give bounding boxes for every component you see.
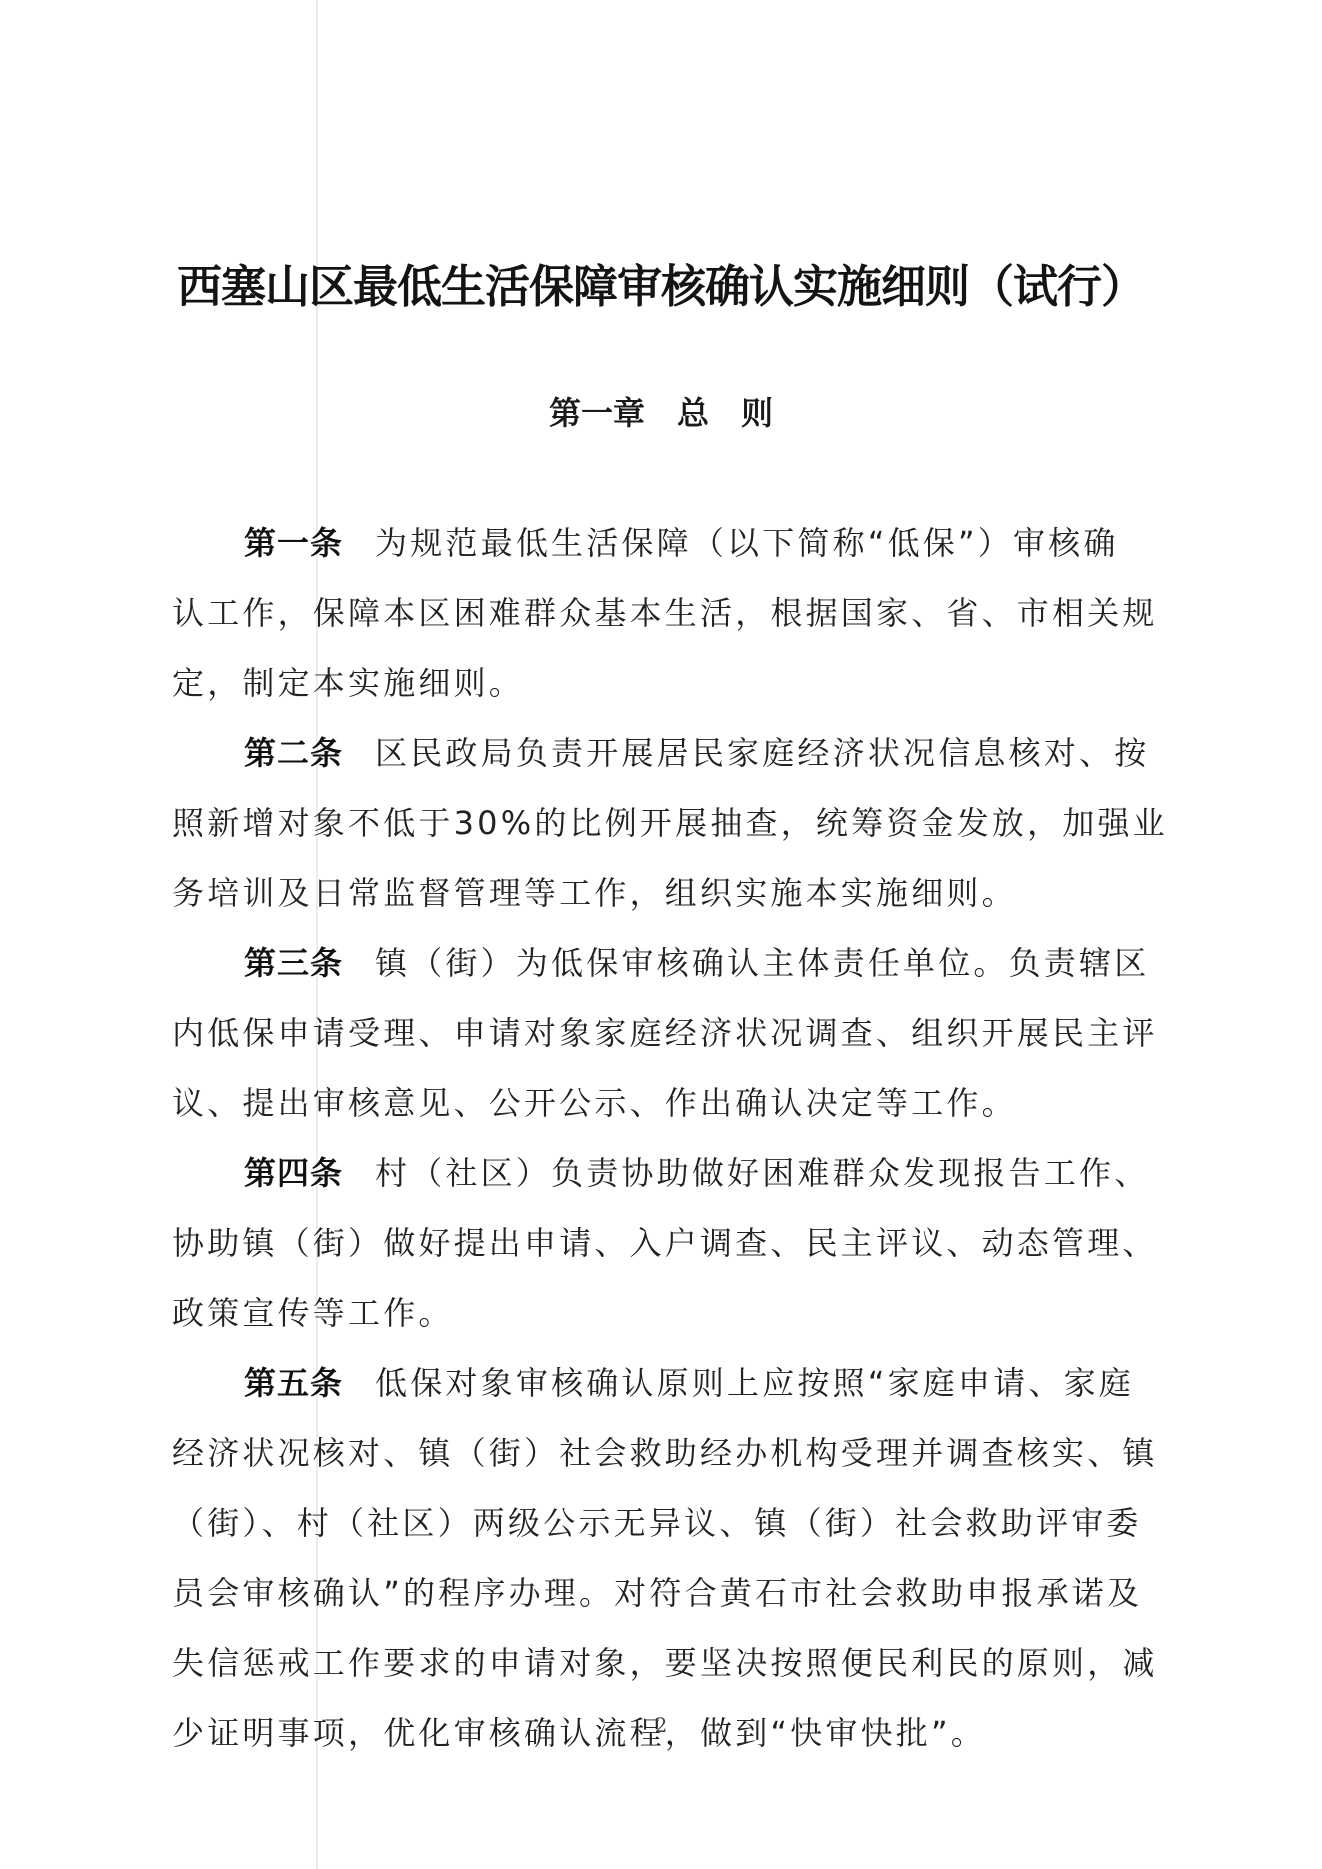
article-3-line-2: 内低保申请受理、申请对象家庭经济状况调查、组织开展民主评 [172,998,1162,1068]
article-number: 第四条 [244,1154,343,1192]
chapter-heading: 第一章 总 则 [0,388,1322,434]
article-text: 区民政局负责开展居民家庭经济状况信息核对、按 [375,734,1149,772]
page-number: 2 [0,1713,1322,1737]
article-1-line-3: 定，制定本实施细则。 [172,648,1162,718]
article-5-line-1: 第五条低保对象审核确认原则上应按照“家庭申请、家庭 [172,1348,1162,1418]
article-5-line-4: 员会审核确认”的程序办理。对符合黄石市社会救助申报承诺及 [172,1558,1162,1628]
article-2-line-2: 照新增对象不低于30%的比例开展抽查，统筹资金发放，加强业 [172,788,1162,858]
article-5-line-5: 失信惩戒工作要求的申请对象，要坚决按照便民利民的原则，减 [172,1628,1162,1698]
article-3-line-1: 第三条镇（街）为低保审核确认主体责任单位。负责辖区 [172,928,1162,998]
article-text: 为规范最低生活保障（以下简称“低保”）审核确 [375,524,1119,562]
document-body: 第一条为规范最低生活保障（以下简称“低保”）审核确 认工作，保障本区困难群众基本… [172,508,1162,1768]
document-title: 西塞山区最低生活保障审核确认实施细则（试行） [0,250,1322,315]
article-text: 低保对象审核确认原则上应按照“家庭申请、家庭 [375,1364,1134,1402]
article-4-line-3: 政策宣传等工作。 [172,1278,1162,1348]
article-1-line-1: 第一条为规范最低生活保障（以下简称“低保”）审核确 [172,508,1162,578]
article-3-line-3: 议、提出审核意见、公开公示、作出确认决定等工作。 [172,1068,1162,1138]
article-number: 第三条 [244,944,343,982]
article-text: 村（社区）负责协助做好困难群众发现报告工作、 [375,1154,1149,1192]
article-2-line-1: 第二条区民政局负责开展居民家庭经济状况信息核对、按 [172,718,1162,788]
article-2-line-3: 务培训及日常监督管理等工作，组织实施本实施细则。 [172,858,1162,928]
article-number: 第一条 [244,524,343,562]
article-number: 第五条 [244,1364,343,1402]
article-4-line-1: 第四条村（社区）负责协助做好困难群众发现报告工作、 [172,1138,1162,1208]
article-5-line-3: （街）、村（社区）两级公示无异议、镇（街）社会救助评审委 [172,1488,1162,1558]
article-text: 镇（街）为低保审核确认主体责任单位。负责辖区 [375,944,1149,982]
article-number: 第二条 [244,734,343,772]
article-4-line-2: 协助镇（街）做好提出申请、入户调查、民主评议、动态管理、 [172,1208,1162,1278]
article-1-line-2: 认工作，保障本区困难群众基本生活，根据国家、省、市相关规 [172,578,1162,648]
article-5-line-2: 经济状况核对、镇（街）社会救助经办机构受理并调查核实、镇 [172,1418,1162,1488]
